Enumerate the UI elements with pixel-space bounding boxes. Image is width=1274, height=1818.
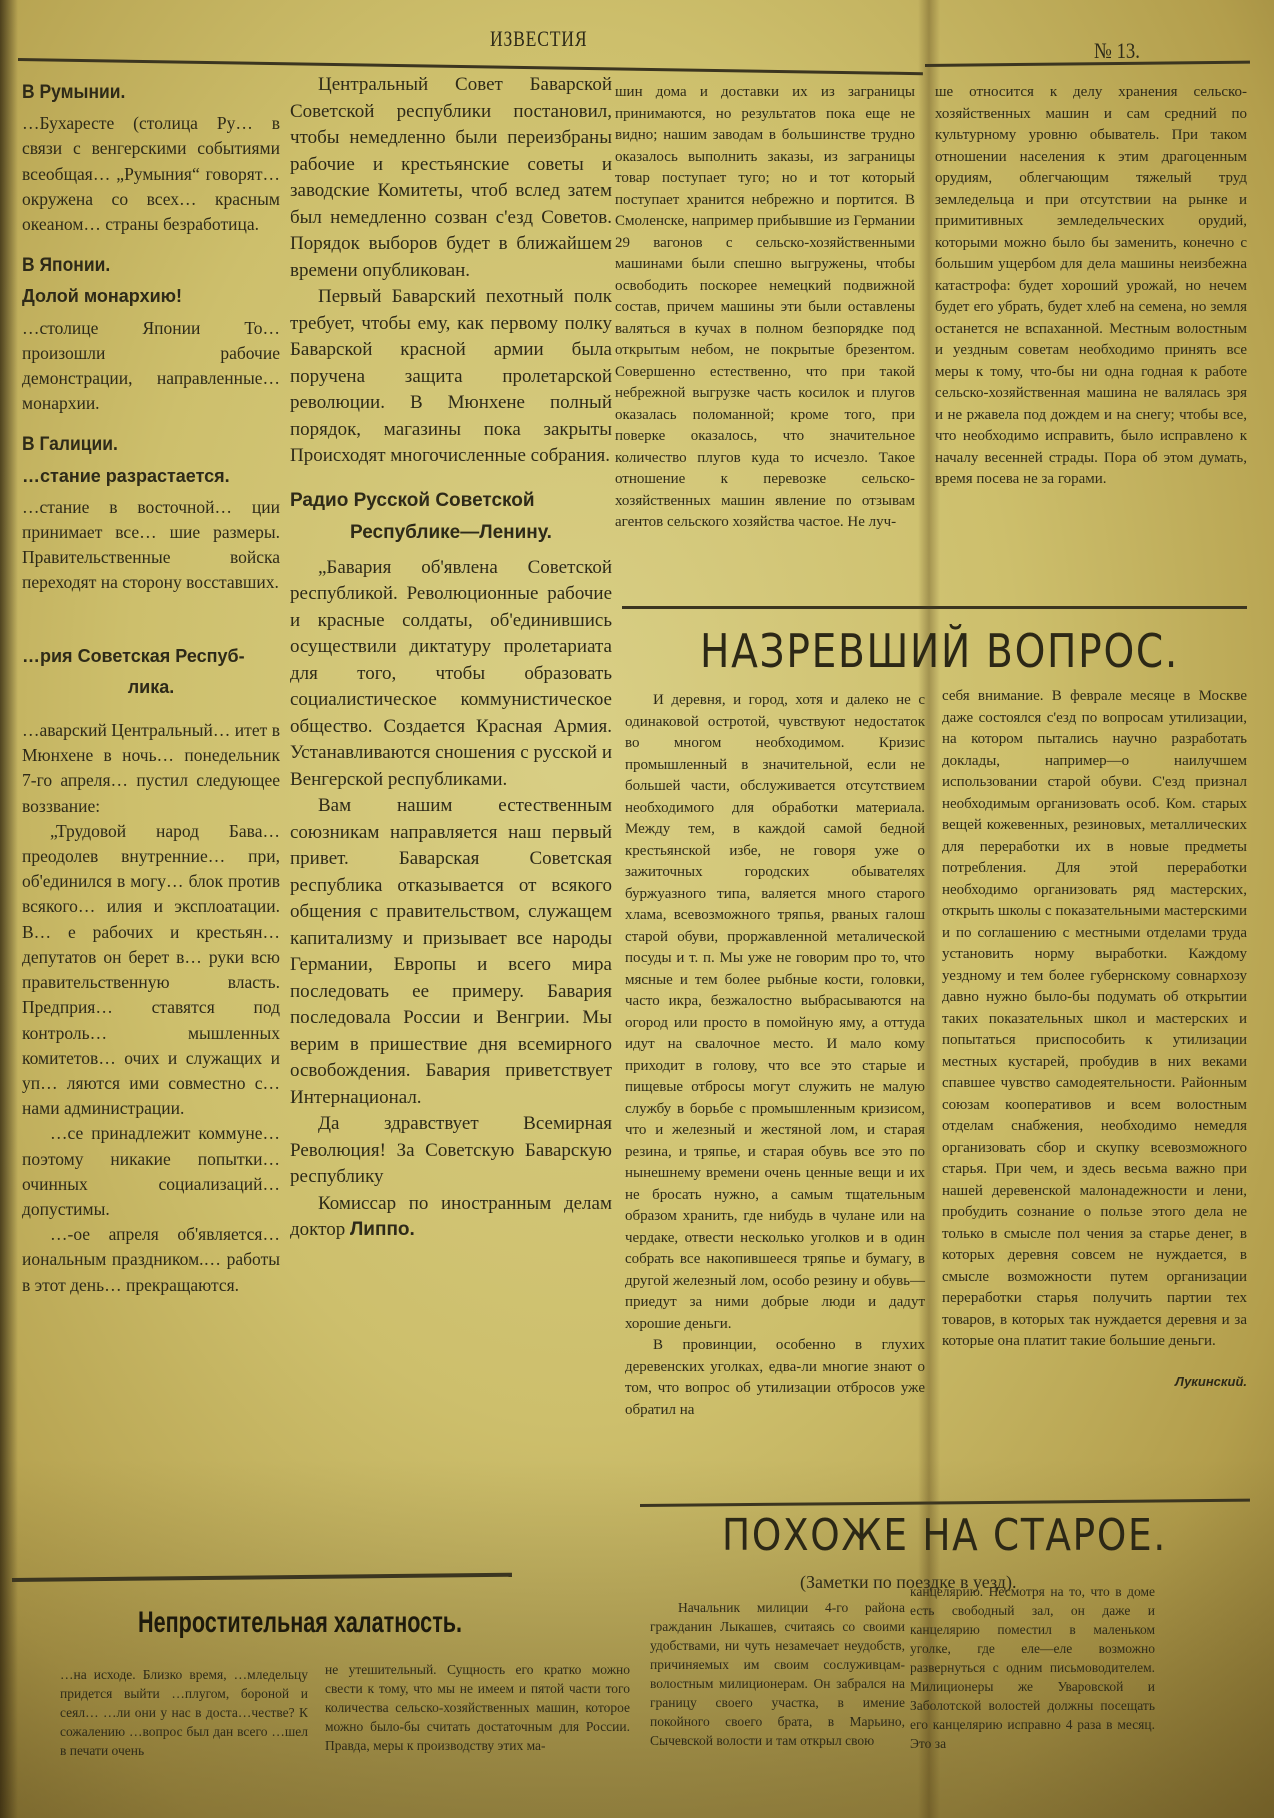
heading-radio-line1: Радио Русской Советской xyxy=(290,488,612,515)
article-bavaria-p2: „Трудовой народ Бава… преодолев внутренн… xyxy=(22,819,280,1121)
nazrevshiy-right-p1: себя внимание. В феврале месяце в Москве… xyxy=(942,686,1247,1353)
bottom-rule-right xyxy=(640,1499,1250,1507)
section-rule xyxy=(622,606,1247,609)
heading-galicia: В Галиции. xyxy=(22,432,259,457)
neprostitelnaya-left-text: …на исходе. Близко время, …мледельцу при… xyxy=(60,1665,308,1760)
article-council-p1: Центральный Совет Баварской Советской ре… xyxy=(290,72,612,284)
neprostitelnaya-right-column: не утешительный. Сущность его кратко мож… xyxy=(325,1660,630,1755)
nazrevshiy-left-p1: И деревня, и город, хотя и далеко не с о… xyxy=(625,690,925,1335)
article-radio-signature: Липпо. xyxy=(350,1219,415,1240)
neprostitelnaya-left-column: …на исходе. Близко время, …мледельцу при… xyxy=(60,1665,308,1760)
nazrevshiy-left-column: И деревня, и город, хотя и далеко не с о… xyxy=(625,690,925,1421)
article-bavaria-p4: …-ое апреля об'является… иональным празд… xyxy=(22,1222,280,1298)
masthead-rule-right xyxy=(925,61,1250,67)
article-radio-p4: Комиссар по иностранным делам доктор xyxy=(290,1193,612,1241)
heading-radio-line2: Республике—Ленину. xyxy=(290,520,612,547)
masthead: ИЗВЕСТИЯ № 13. xyxy=(0,20,1274,60)
article-radio-p1: „Бавария об'явлена Советской республикой… xyxy=(290,555,612,794)
pokhozhe-left-column: Начальник милиции 4-го района гражданин … xyxy=(650,1598,905,1750)
pokhozhe-right-column: канцелярию. Несмотря на то, что в доме е… xyxy=(910,1582,1155,1753)
column-3-top: шин дома и доставки их из заграницы прин… xyxy=(615,82,915,534)
heading-japan: В Японии. xyxy=(22,253,259,278)
column-2: Центральный Совет Баварской Советской ре… xyxy=(290,72,612,1244)
neprostitelnaya-right-text: не утешительный. Сущность его кратко мож… xyxy=(325,1660,630,1755)
article-council-p2: Первый Баварский пехотный полк требует, … xyxy=(290,284,612,470)
article-galicia-text: …стание в восточной… ции принимает все… … xyxy=(22,495,280,596)
newspaper-page: ИЗВЕСТИЯ № 13. В Румынии. …Бухаресте (ст… xyxy=(0,0,1274,1818)
article-bavaria-p1: …аварский Центральный… итет в Мюнхене в … xyxy=(22,718,280,819)
nazrevshiy-signature: Лукинский. xyxy=(942,1371,1247,1393)
nazrevshiy-left-p2: В провинции, особенно в глухих деревенск… xyxy=(625,1335,925,1421)
pokhozhe-right-text: канцелярию. Несмотря на то, что в доме е… xyxy=(910,1582,1155,1753)
article-machines-part2: ше относится к делу хранения сельско-хоз… xyxy=(935,82,1247,491)
pokhozhe-left-text: Начальник милиции 4-го района гражданин … xyxy=(650,1598,905,1750)
nazrevshiy-right-column: себя внимание. В феврале месяце в Москве… xyxy=(942,686,1247,1392)
article-machines-part1: шин дома и доставки их из заграницы прин… xyxy=(615,82,915,534)
heading-romania: В Румынии. xyxy=(22,80,259,105)
article-japan-text: …столице Японии То… произошли рабочие де… xyxy=(22,316,280,417)
heading-bavaria-line1: …рия Советская Респуб- xyxy=(22,644,280,669)
column-1: В Румынии. …Бухаресте (столица Ру… в свя… xyxy=(22,70,280,1298)
article-title-neprostitelnaya: Непростительная халатность. xyxy=(138,1606,462,1640)
bottom-rule-left xyxy=(12,1573,512,1582)
issue-number: № 13. xyxy=(1094,38,1140,64)
newspaper-title: ИЗВЕСТИЯ xyxy=(490,26,587,52)
heading-bavaria-line2: лика. xyxy=(22,675,280,700)
subheading-japan: Долой монархию! xyxy=(22,284,280,309)
article-title-pokhozhe: ПОХОЖЕ НА СТАРОЕ. xyxy=(722,1510,1167,1561)
article-romania-text: …Бухаресте (столица Ру… в связи с венгер… xyxy=(22,111,280,237)
article-radio-p3: Да здравствует Всемирная Революция! За С… xyxy=(290,1111,612,1191)
column-4-top: ше относится к делу хранения сельско-хоз… xyxy=(935,82,1247,491)
article-radio-p2: Вам нашим естественным союзникам направл… xyxy=(290,793,612,1111)
subheading-galicia: …стание разрастается. xyxy=(22,464,280,489)
article-bavaria-p3: …се принадлежит коммуне… поэтому никакие… xyxy=(22,1121,280,1222)
page-edge-shadow xyxy=(0,0,18,1818)
article-title-nazrevshiy: НАЗРЕВШИЙ ВОПРОС. xyxy=(700,624,1179,678)
